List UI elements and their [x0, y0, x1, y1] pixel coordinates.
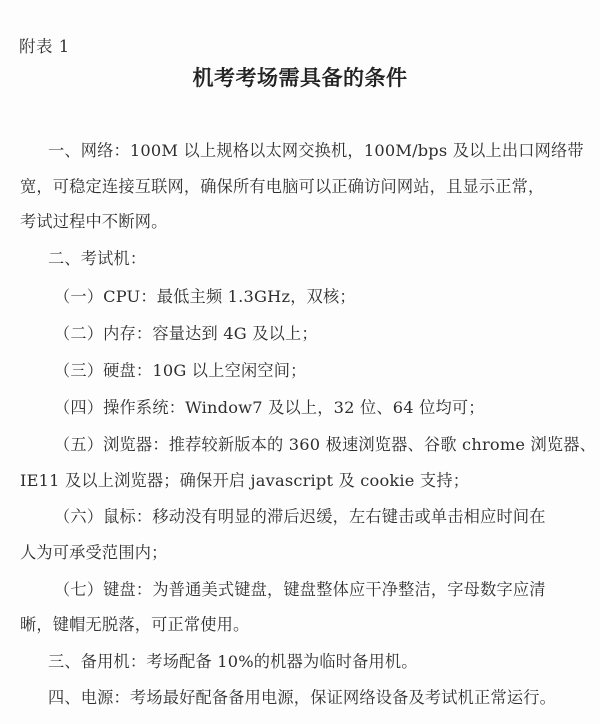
item-keyboard-line-1: （七）键盘：为普通美式键盘，键盘整体应干净整洁，字母数字应清 — [54, 576, 546, 600]
item-mouse-line-1: （六）鼠标：移动没有明显的滞后迟缓，左右键击或单击相应时间在 — [54, 503, 546, 527]
document-page: 附表 1 机考考场需具备的条件 一、网络：100M 以上规格以太网交换机，100… — [0, 0, 600, 724]
document-title: 机考考场需具备的条件 — [0, 62, 600, 92]
section-network-line-3: 考试过程中不断网。 — [20, 208, 168, 232]
item-disk: （三）硬盘：10G 以上空闲空间； — [54, 357, 307, 381]
section-power: 四、电源：考场最好配备备用电源，保证网络设备及考试机正常运行。 — [48, 684, 556, 708]
section-network-line-2: 宽，可稳定连接互联网，确保所有电脑可以正确访问网站，且显示正常， — [20, 173, 544, 197]
item-memory: （二）内存：容量达到 4G 及以上； — [54, 320, 318, 344]
item-os: （四）操作系统：Window7 及以上，32 位、64 位均可； — [54, 394, 485, 418]
item-keyboard-line-2: 晰，键帽无脱落，可正常使用。 — [20, 611, 249, 635]
item-browser-line-2: IE11 及以上浏览器；确保开启 javascript 及 cookie 支持； — [20, 467, 469, 491]
attachment-label: 附表 1 — [19, 33, 70, 57]
item-cpu: （一）CPU：最低主频 1.3GHz，双核； — [54, 283, 356, 307]
section-network-line-1: 一、网络：100M 以上规格以太网交换机，100M/bps 及以上出口网络带 — [48, 137, 584, 161]
section-exam-machine-heading: 二、考试机： — [48, 245, 146, 269]
item-mouse-line-2: 人为可承受范围内； — [20, 539, 168, 563]
section-spare-machine: 三、备用机：考场配备 10%的机器为临时备用机。 — [48, 648, 418, 672]
item-browser-line-1: （五）浏览器：推荐较新版本的 360 极速浏览器、谷歌 chrome 浏览器、 — [54, 431, 596, 455]
